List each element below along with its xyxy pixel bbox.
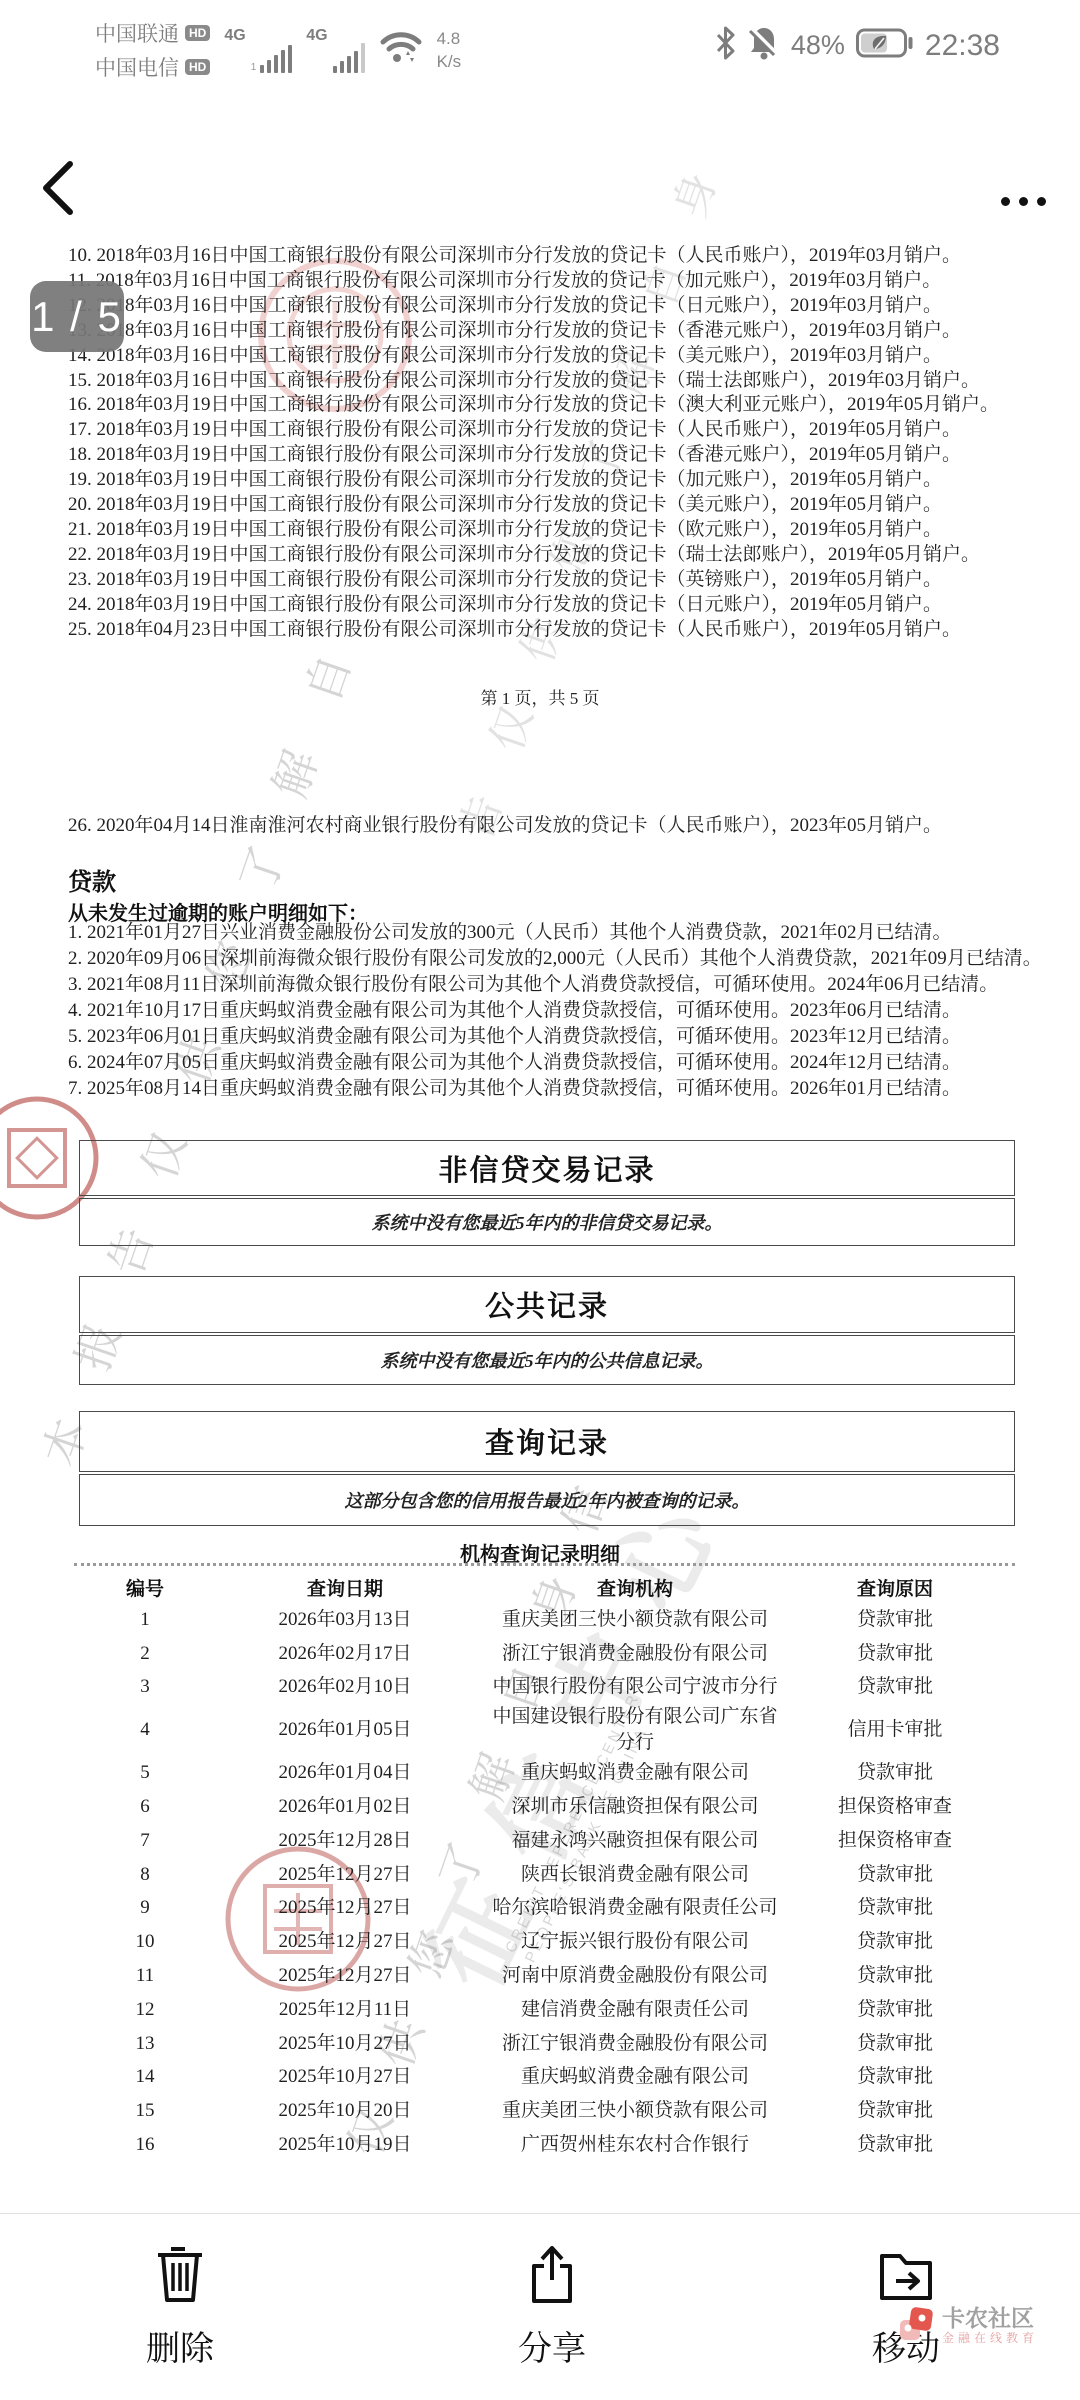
cell-reason: 担保资格审查 [800, 1828, 990, 1854]
col-header-reason: 查询原因 [800, 1574, 990, 1601]
cell-reason: 贷款审批 [800, 1674, 990, 1700]
toolbar-divider [0, 2213, 1080, 2214]
section-title: 公共记录 [79, 1276, 1015, 1333]
cell-date: 2025年10月20日 [220, 2098, 470, 2124]
cell-date: 2025年12月27日 [220, 1963, 470, 1989]
section-body: 这部分包含您的信用报告最近2年内被查询的记录。 [79, 1474, 1015, 1526]
cell-no: 11 [70, 1963, 220, 1989]
share-button[interactable]: 分享 [482, 2244, 622, 2370]
cell-org: 哈尔滨哈银消费金融有限责任公司 [470, 1895, 800, 1921]
credit-card-record-list: 10. 2018年03月16日中国工商银行股份有限公司深圳市分行发放的贷记卡（人… [68, 244, 999, 643]
table-row: 8 2025年12月27日 陕西长银消费金融有限公司 贷款审批 [70, 1858, 1000, 1892]
cell-date: 2026年03月13日 [220, 1607, 470, 1633]
table-row: 15 2025年10月20日 重庆美团三快小额贷款有限公司 贷款审批 [70, 2094, 1000, 2128]
cell-org: 浙江宁银消费金融股份有限公司 [470, 1641, 800, 1667]
cell-reason: 信用卡审批 [800, 1717, 990, 1743]
cell-reason: 贷款审批 [800, 2098, 990, 2124]
card-record-line: 18. 2018年03月19日中国工商银行股份有限公司深圳市分行发放的贷记卡（香… [68, 443, 999, 468]
cell-no: 10 [70, 1929, 220, 1955]
cell-date: 2026年01月02日 [220, 1794, 470, 1820]
cell-no: 5 [70, 1760, 220, 1786]
cell-org: 重庆蚂蚁消费金融有限公司 [470, 2064, 800, 2090]
cell-no: 16 [70, 2132, 220, 2158]
table-row: 16 2025年10月19日 广西贺州桂东农村合作银行 贷款审批 [70, 2128, 1000, 2162]
cell-reason: 贷款审批 [800, 2132, 990, 2158]
loan-record-line: 1. 2021年01月27日兴业消费金融股份公司发放的300元（人民币）其他个人… [68, 920, 1042, 946]
section-title: 非信贷交易记录 [79, 1140, 1015, 1196]
cell-date: 2025年12月27日 [220, 1895, 470, 1921]
cell-reason: 贷款审批 [800, 1929, 990, 1955]
logo-tagline: 金融在线教育 [942, 2330, 1038, 2346]
cell-no: 12 [70, 1997, 220, 2023]
cell-org: 浙江宁银消费金融股份有限公司 [470, 2031, 800, 2057]
cell-no: 6 [70, 1794, 220, 1820]
card-record-line: 25. 2018年04月23日中国工商银行股份有限公司深圳市分行发放的贷记卡（人… [68, 618, 999, 643]
cell-reason: 贷款审批 [800, 1760, 990, 1786]
share-icon [527, 2244, 577, 2309]
cell-reason: 贷款审批 [800, 1641, 990, 1667]
cell-date: 2026年01月05日 [220, 1717, 470, 1743]
loan-section-title: 贷款 [68, 862, 116, 897]
share-label: 分享 [518, 2321, 586, 2370]
cell-org: 建信消费金融有限责任公司 [470, 1997, 800, 2023]
card-record-line: 20. 2018年03月19日中国工商银行股份有限公司深圳市分行发放的贷记卡（美… [68, 493, 999, 518]
cell-no: 15 [70, 2098, 220, 2124]
dotted-divider [74, 1563, 1015, 1566]
delete-label: 删除 [146, 2321, 214, 2370]
cell-reason: 贷款审批 [800, 2064, 990, 2090]
cell-org: 陕西长银消费金融有限公司 [470, 1862, 800, 1888]
kanong-community-logo: 卡农社区 金融在线教育 [898, 2306, 1038, 2351]
table-row: 3 2026年02月10日 中国银行股份有限公司宁波市分行 贷款审批 [70, 1671, 1000, 1705]
card-record-line: 17. 2018年03月19日中国工商银行股份有限公司深圳市分行发放的贷记卡（人… [68, 418, 999, 443]
cell-org: 重庆美团三快小额贷款有限公司 [470, 1607, 800, 1633]
section-query-records: 查询记录 这部分包含您的信用报告最近2年内被查询的记录。 [79, 1411, 1015, 1526]
card-record-line: 11. 2018年03月16日中国工商银行股份有限公司深圳市分行发放的贷记卡（加… [68, 269, 999, 294]
cell-no: 7 [70, 1828, 220, 1854]
cell-reason: 贷款审批 [800, 1895, 990, 1921]
card-record-line: 21. 2018年03月19日中国工商银行股份有限公司深圳市分行发放的贷记卡（欧… [68, 518, 999, 543]
table-row: 14 2025年10月27日 重庆蚂蚁消费金融有限公司 贷款审批 [70, 2061, 1000, 2095]
cell-org: 重庆美团三快小额贷款有限公司 [470, 2098, 800, 2124]
kanong-logo-icon [898, 2306, 934, 2351]
table-row: 1 2026年03月13日 重庆美团三快小额贷款有限公司 贷款审批 [70, 1603, 1000, 1637]
cell-reason: 担保资格审查 [800, 1794, 990, 1820]
phone-screen: 中国联通 HD 中国电信 HD 4G 1 4G [0, 0, 1080, 2400]
loan-record-line: 7. 2025年08月14日重庆蚂蚁消费金融有限公司为其他个人消费贷款授信，可循… [68, 1076, 1042, 1102]
cell-org: 重庆蚂蚁消费金融有限公司 [470, 1760, 800, 1786]
table-row: 11 2025年12月27日 河南中原消费金融股份有限公司 贷款审批 [70, 1959, 1000, 1993]
card-record-line: 19. 2018年03月19日中国工商银行股份有限公司深圳市分行发放的贷记卡（加… [68, 468, 999, 493]
cell-date: 2025年10月27日 [220, 2064, 470, 2090]
cell-date: 2026年02月17日 [220, 1641, 470, 1667]
section-title: 查询记录 [79, 1411, 1015, 1472]
cell-no: 14 [70, 2064, 220, 2090]
cell-date: 2025年10月19日 [220, 2132, 470, 2158]
card-record-line: 10. 2018年03月16日中国工商银行股份有限公司深圳市分行发放的贷记卡（人… [68, 244, 999, 269]
table-row: 6 2026年01月02日 深圳市乐信融资担保有限公司 担保资格审查 [70, 1790, 1000, 1824]
cell-org: 中国银行股份有限公司宁波市分行 [470, 1674, 800, 1700]
page-indicator-badge: 1 / 5 [30, 281, 124, 352]
cell-org: 福建永鸿兴融资担保有限公司 [470, 1828, 800, 1854]
credit-report-page[interactable]: 10. 2018年03月16日中国工商银行股份有限公司深圳市分行发放的贷记卡（人… [0, 0, 1080, 2213]
card-record-line-26: 26. 2020年04月14日淮南淮河农村商业银行股份有限公司发放的贷记卡（人民… [68, 810, 942, 837]
table-row: 7 2025年12月28日 福建永鸿兴融资担保有限公司 担保资格审查 [70, 1824, 1000, 1858]
loan-record-line: 4. 2021年10月17日重庆蚂蚁消费金融有限公司为其他个人消费贷款授信，可循… [68, 998, 1042, 1024]
cell-org: 深圳市乐信融资担保有限公司 [470, 1794, 800, 1820]
cell-reason: 贷款审批 [800, 1963, 990, 1989]
section-public-records: 公共记录 系统中没有您最近5年内的公共信息记录。 [79, 1276, 1015, 1385]
cell-org: 中国建设银行股份有限公司广东省分行 [470, 1704, 800, 1756]
card-record-line: 22. 2018年03月19日中国工商银行股份有限公司深圳市分行发放的贷记卡（瑞… [68, 543, 999, 568]
table-row: 4 2026年01月05日 中国建设银行股份有限公司广东省分行 信用卡审批 [70, 1704, 1000, 1756]
card-record-line: 23. 2018年03月19日中国工商银行股份有限公司深圳市分行发放的贷记卡（英… [68, 568, 999, 593]
cell-reason: 贷款审批 [800, 1607, 990, 1633]
card-record-line: 15. 2018年03月16日中国工商银行股份有限公司深圳市分行发放的贷记卡（瑞… [68, 369, 999, 394]
query-table-header: 编号 查询日期 查询机构 查询原因 [70, 1574, 1000, 1600]
card-record-line: 24. 2018年03月19日中国工商银行股份有限公司深圳市分行发放的贷记卡（日… [68, 593, 999, 618]
cell-date: 2026年01月04日 [220, 1760, 470, 1786]
cell-date: 2025年10月27日 [220, 2031, 470, 2057]
table-row: 5 2026年01月04日 重庆蚂蚁消费金融有限公司 贷款审批 [70, 1756, 1000, 1790]
delete-button[interactable]: 删除 [110, 2244, 250, 2370]
table-row: 13 2025年10月27日 浙江宁银消费金融股份有限公司 贷款审批 [70, 2027, 1000, 2061]
cell-reason: 贷款审批 [800, 2031, 990, 2057]
cell-reason: 贷款审批 [800, 1862, 990, 1888]
card-record-line: 12. 2018年03月16日中国工商银行股份有限公司深圳市分行发放的贷记卡（日… [68, 294, 999, 319]
table-row: 10 2025年12月27日 辽宁振兴银行股份有限公司 贷款审批 [70, 1925, 1000, 1959]
cell-reason: 贷款审批 [800, 1997, 990, 2023]
cell-no: 8 [70, 1862, 220, 1888]
page-number-footer: 第 1 页，共 5 页 [0, 684, 1080, 709]
cell-no: 13 [70, 2031, 220, 2057]
folder-move-icon [878, 2244, 934, 2309]
cell-date: 2025年12月28日 [220, 1828, 470, 1854]
col-header-date: 查询日期 [220, 1574, 470, 1601]
query-table-rows: 1 2026年03月13日 重庆美团三快小额贷款有限公司 贷款审批 2 2026… [70, 1603, 1000, 2162]
section-body: 系统中没有您最近5年内的非信贷交易记录。 [79, 1198, 1015, 1246]
col-header-org: 查询机构 [470, 1574, 800, 1601]
cell-org: 广西贺州桂东农村合作银行 [470, 2132, 800, 2158]
loan-record-list: 1. 2021年01月27日兴业消费金融股份公司发放的300元（人民币）其他个人… [68, 920, 1042, 1102]
cell-date: 2025年12月27日 [220, 1862, 470, 1888]
col-header-no: 编号 [70, 1574, 220, 1601]
section-body: 系统中没有您最近5年内的公共信息记录。 [79, 1335, 1015, 1385]
loan-record-line: 6. 2024年07月05日重庆蚂蚁消费金融有限公司为其他个人消费贷款授信，可循… [68, 1050, 1042, 1076]
cell-no: 9 [70, 1895, 220, 1921]
cell-date: 2025年12月27日 [220, 1929, 470, 1955]
loan-record-line: 3. 2021年08月11日深圳前海微众银行股份有限公司为其他个人消费贷款授信，… [68, 972, 1042, 998]
cell-no: 3 [70, 1674, 220, 1700]
table-row: 9 2025年12月27日 哈尔滨哈银消费金融有限责任公司 贷款审批 [70, 1892, 1000, 1926]
cell-date: 2025年12月11日 [220, 1997, 470, 2023]
cell-no: 1 [70, 1607, 220, 1633]
cell-date: 2026年02月10日 [220, 1674, 470, 1700]
loan-record-line: 2. 2020年09月06日深圳前海微众银行股份有限公司发放的2,000元（人民… [68, 946, 1042, 972]
card-record-line: 16. 2018年03月19日中国工商银行股份有限公司深圳市分行发放的贷记卡（澳… [68, 393, 999, 418]
cell-no: 4 [70, 1717, 220, 1743]
section-non-credit-records: 非信贷交易记录 系统中没有您最近5年内的非信贷交易记录。 [79, 1140, 1015, 1246]
card-record-line: 13. 2018年03月16日中国工商银行股份有限公司深圳市分行发放的贷记卡（香… [68, 319, 999, 344]
card-record-line: 14. 2018年03月16日中国工商银行股份有限公司深圳市分行发放的贷记卡（美… [68, 344, 999, 369]
table-row: 2 2026年02月17日 浙江宁银消费金融股份有限公司 贷款审批 [70, 1637, 1000, 1671]
cell-org: 河南中原消费金融股份有限公司 [470, 1963, 800, 1989]
loan-record-line: 5. 2023年06月01日重庆蚂蚁消费金融有限公司为其他个人消费贷款授信，可循… [68, 1024, 1042, 1050]
logo-name: 卡农社区 [942, 2306, 1038, 2330]
cell-org: 辽宁振兴银行股份有限公司 [470, 1929, 800, 1955]
cell-no: 2 [70, 1641, 220, 1667]
trash-icon [155, 2244, 205, 2309]
table-row: 12 2025年12月11日 建信消费金融有限责任公司 贷款审批 [70, 1993, 1000, 2027]
